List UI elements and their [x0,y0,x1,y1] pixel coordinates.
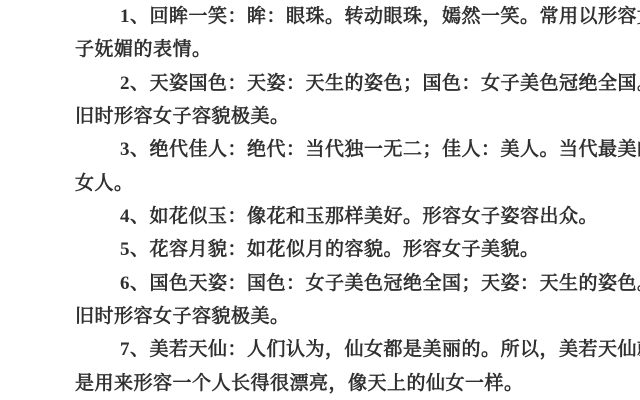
definition-item-6-line-1: 6、国色天姿：国色：女子美色冠绝全国；天姿：天生的姿色。 [75,267,622,300]
document-page: 1、回眸一笑：眸：眼珠。转动眼珠，嫣然一笑。常用以形容女 子妩媚的表情。 2、天… [0,0,640,400]
definition-item-3-line-1: 3、绝代佳人：绝代：当代独一无二；佳人：美人。当代最美的 [75,133,622,166]
definition-item-5-line-1: 5、花容月貌：如花似月的容貌。形容女子美貌。 [75,233,622,266]
definition-item-6: 6、国色天姿：国色：女子美色冠绝全国；天姿：天生的姿色。 旧时形容女子容貌极美。 [75,267,622,334]
definition-item-7: 7、美若天仙：人们认为，仙女都是美丽的。所以，美若天仙就 是用来形容一个人长得很… [75,333,622,400]
definition-item-2-line-2: 旧时形容女子容貌极美。 [75,100,622,133]
definition-item-4: 4、如花似玉：像花和玉那样美好。形容女子姿容出众。 [75,200,622,233]
definition-item-7-line-1: 7、美若天仙：人们认为，仙女都是美丽的。所以，美若天仙就 [75,333,622,366]
definition-item-5: 5、花容月貌：如花似月的容貌。形容女子美貌。 [75,233,622,266]
definition-item-3-line-2: 女人。 [75,167,622,200]
definition-item-6-line-2: 旧时形容女子容貌极美。 [75,300,622,333]
definition-item-1: 1、回眸一笑：眸：眼珠。转动眼珠，嫣然一笑。常用以形容女 子妩媚的表情。 [75,0,622,67]
definition-item-7-line-2: 是用来形容一个人长得很漂亮，像天上的仙女一样。 [75,367,622,400]
definition-item-1-line-2: 子妩媚的表情。 [75,33,622,66]
definition-item-4-line-1: 4、如花似玉：像花和玉那样美好。形容女子姿容出众。 [75,200,622,233]
definition-item-3: 3、绝代佳人：绝代：当代独一无二；佳人：美人。当代最美的 女人。 [75,133,622,200]
definition-item-2: 2、天姿国色：天姿：天生的姿色；国色：女子美色冠绝全国。 旧时形容女子容貌极美。 [75,67,622,134]
definition-item-1-line-1: 1、回眸一笑：眸：眼珠。转动眼珠，嫣然一笑。常用以形容女 [75,0,622,33]
definition-item-2-line-1: 2、天姿国色：天姿：天生的姿色；国色：女子美色冠绝全国。 [75,67,622,100]
